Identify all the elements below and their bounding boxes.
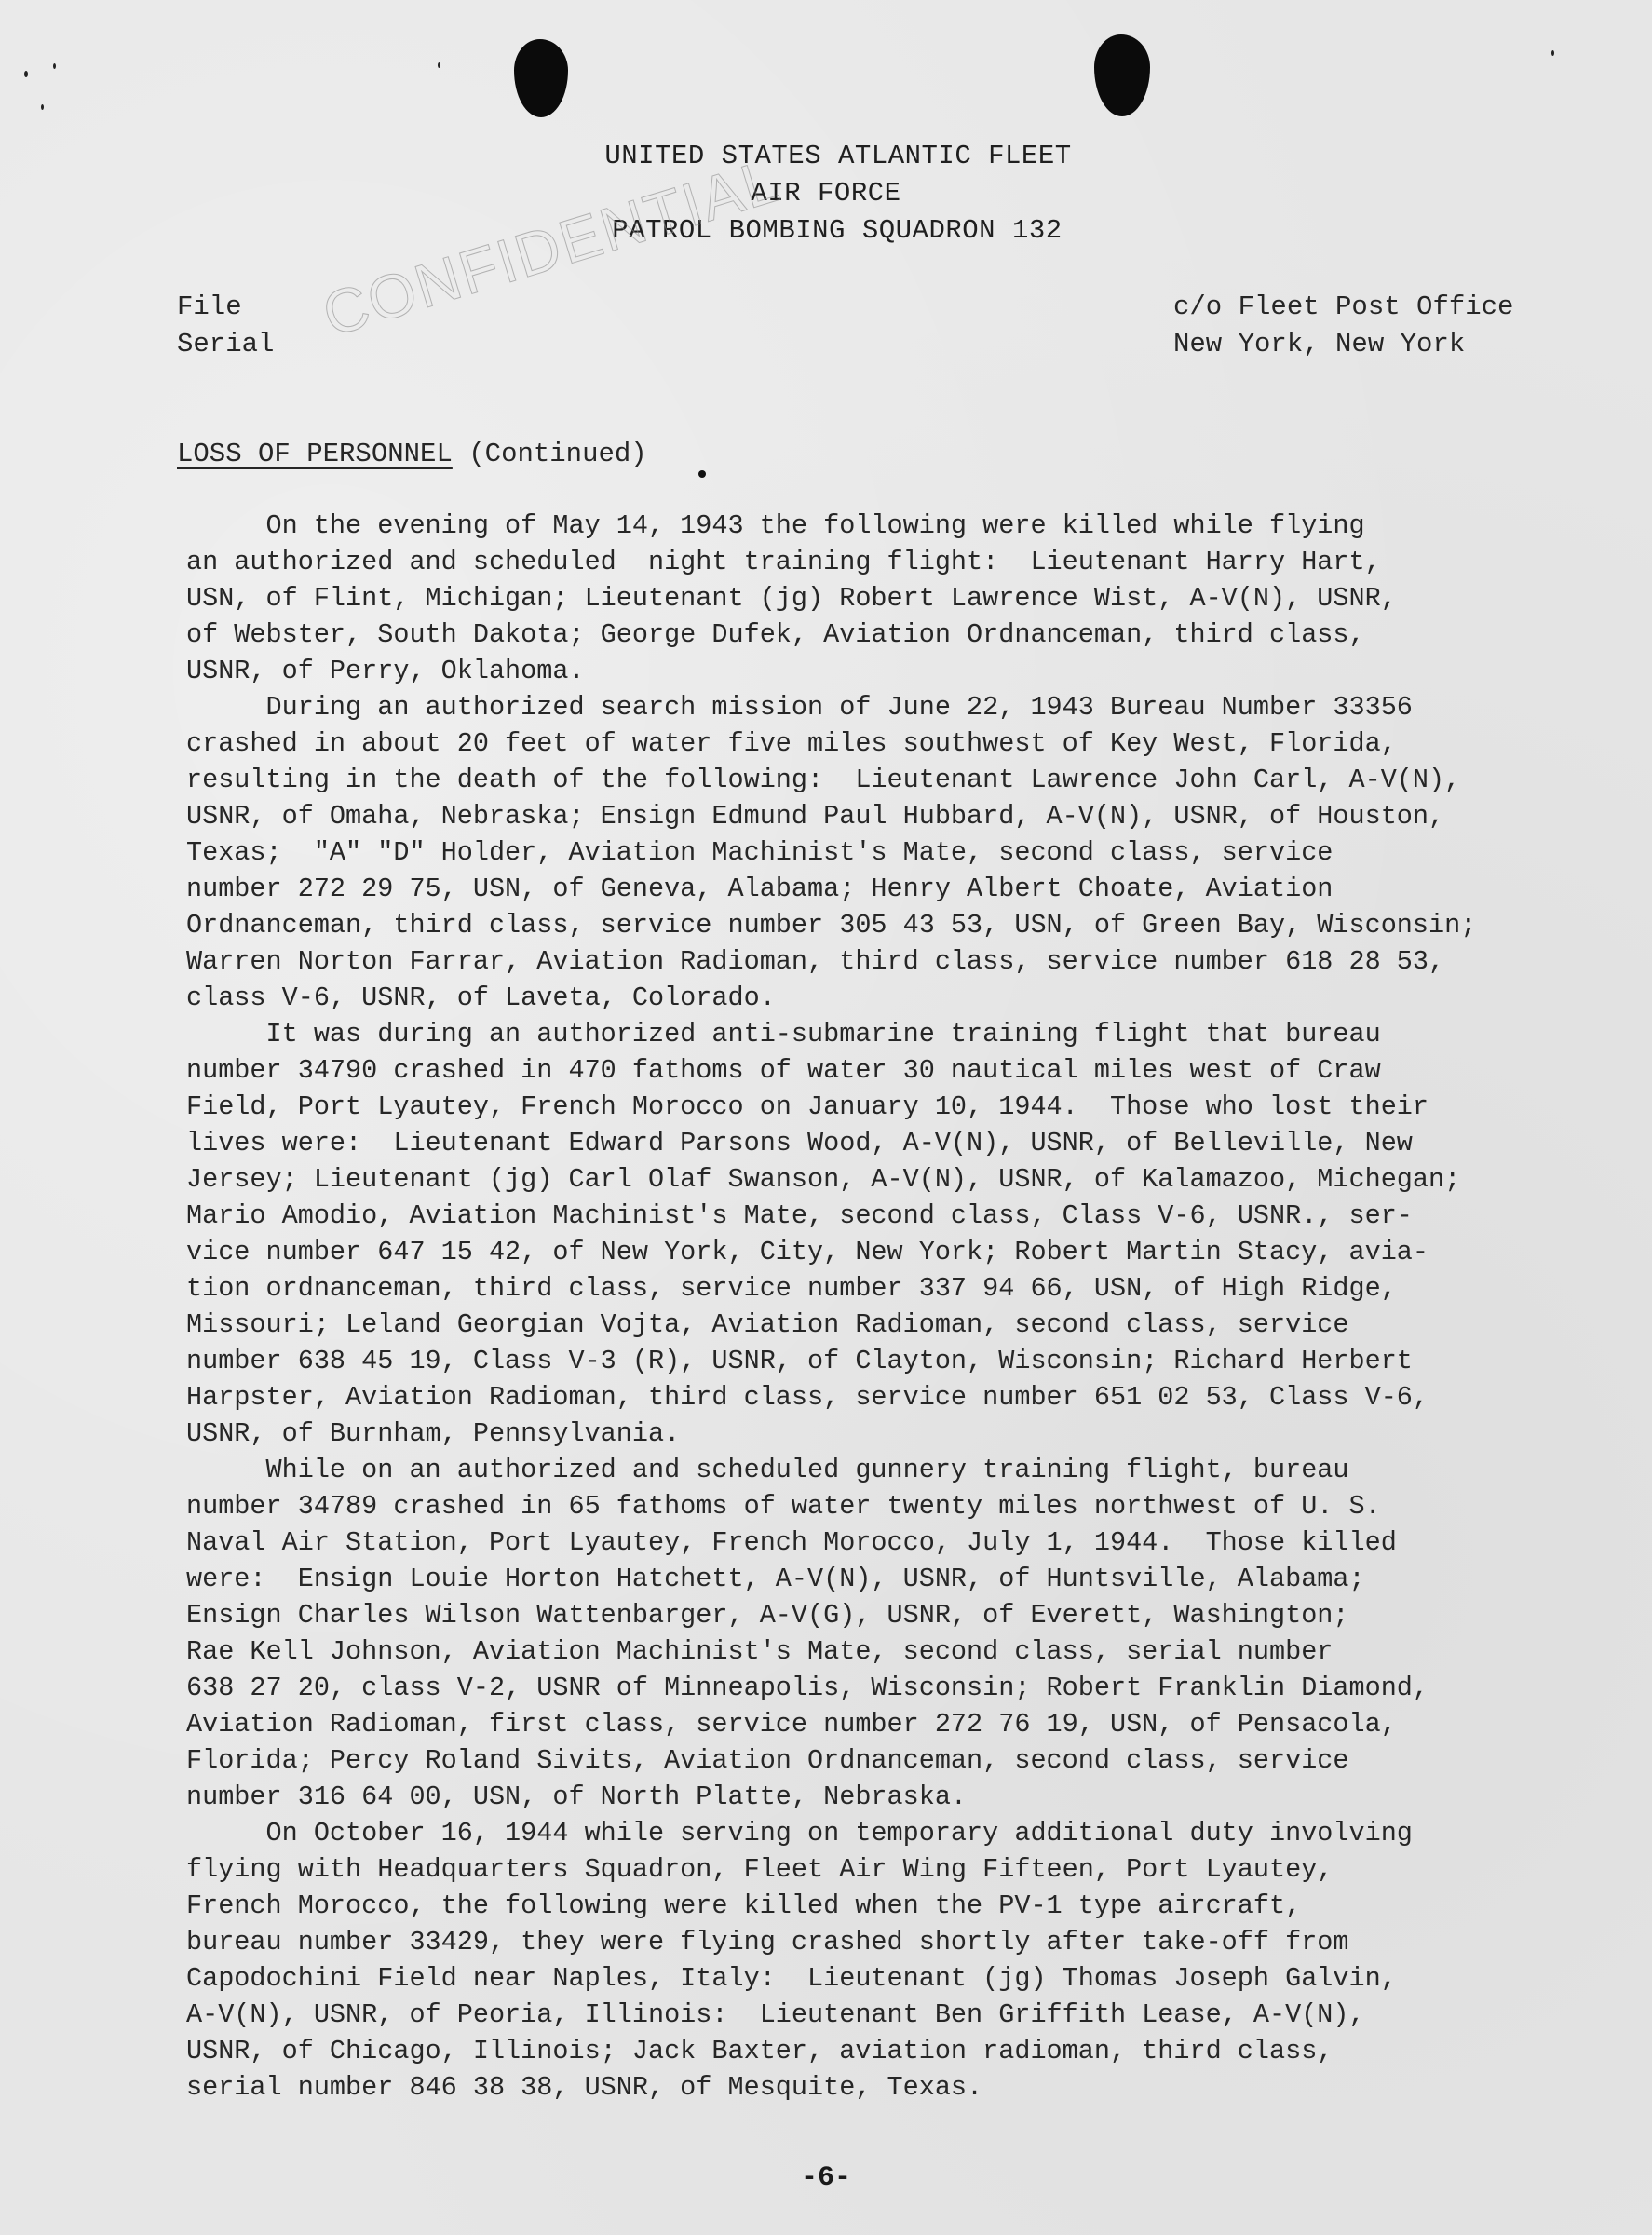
text-line: flying with Headquarters Squadron, Fleet…	[186, 1851, 1620, 1888]
letterhead-air-force: AIR FORCE	[0, 175, 1652, 212]
text-line: On the evening of May 14, 1943 the follo…	[186, 508, 1620, 544]
speck	[1551, 50, 1554, 56]
text-line: Florida; Percy Roland Sivits, Aviation O…	[186, 1742, 1620, 1779]
speck	[438, 62, 440, 68]
serial-label: Serial	[177, 326, 274, 363]
page-number: -6-	[0, 2162, 1652, 2194]
text-line: Naval Air Station, Port Lyautey, French …	[186, 1524, 1620, 1561]
text-line: class V-6, USNR, of Laveta, Colorado.	[186, 980, 1620, 1016]
address-block: c/o Fleet Post Office New York, New York	[1173, 289, 1513, 363]
letterhead-squadron: PATROL BOMBING SQUADRON 132	[22, 212, 1652, 250]
speck	[53, 63, 56, 69]
text-line: On October 16, 1944 while serving on tem…	[186, 1815, 1620, 1851]
ink-dot	[698, 470, 706, 478]
text-line: bureau number 33429, they were flying cr…	[186, 1924, 1620, 1960]
punch-hole-left	[514, 39, 568, 117]
paragraph-october-1944: On October 16, 1944 while serving on tem…	[186, 1815, 1620, 2106]
text-line: Field, Port Lyautey, French Morocco on J…	[186, 1089, 1620, 1125]
speck	[24, 71, 28, 77]
text-line: USN, of Flint, Michigan; Lieutenant (jg)…	[186, 580, 1620, 616]
text-line: crashed in about 20 feet of water five m…	[186, 725, 1620, 762]
text-line: number 638 45 19, Class V-3 (R), USNR, o…	[186, 1343, 1620, 1379]
text-line: USNR, of Chicago, Illinois; Jack Baxter,…	[186, 2033, 1620, 2069]
text-line: While on an authorized and scheduled gun…	[186, 1452, 1620, 1488]
paragraph-july-1944: While on an authorized and scheduled gun…	[186, 1452, 1620, 1815]
paragraph-january-1944: It was during an authorized anti-submari…	[186, 1016, 1620, 1452]
text-line: Capodochini Field near Naples, Italy: Li…	[186, 1960, 1620, 1997]
text-line: USNR, of Omaha, Nebraska; Ensign Edmund …	[186, 798, 1620, 834]
text-line: USNR, of Burnham, Pennsylvania.	[186, 1415, 1620, 1452]
text-line: number 316 64 00, USN, of North Platte, …	[186, 1779, 1620, 1815]
document-page: UNITED STATES ATLANTIC FLEET AIR FORCE P…	[0, 0, 1652, 2235]
punch-hole-right	[1094, 34, 1150, 116]
text-line: number 272 29 75, USN, of Geneva, Alabam…	[186, 871, 1620, 907]
text-line: Jersey; Lieutenant (jg) Carl Olaf Swanso…	[186, 1161, 1620, 1198]
text-line: Texas; "A" "D" Holder, Aviation Machinis…	[186, 834, 1620, 871]
speck	[41, 104, 44, 110]
text-line: were: Ensign Louie Horton Hatchett, A-V(…	[186, 1561, 1620, 1597]
section-title: LOSS OF PERSONNEL	[177, 439, 453, 469]
file-label: File	[177, 289, 274, 326]
section-suffix: (Continued)	[453, 439, 647, 469]
letterhead: UNITED STATES ATLANTIC FLEET AIR FORCE P…	[0, 138, 1652, 250]
text-line: Harpster, Aviation Radioman, third class…	[186, 1379, 1620, 1415]
text-line: tion ordnanceman, third class, service n…	[186, 1270, 1620, 1307]
address-line-1: c/o Fleet Post Office	[1173, 289, 1513, 326]
address-line-2: New York, New York	[1173, 326, 1513, 363]
text-line: USNR, of Perry, Oklahoma.	[186, 653, 1620, 689]
letterhead-fleet: UNITED STATES ATLANTIC FLEET	[24, 138, 1652, 175]
file-serial-block: File Serial	[177, 289, 274, 363]
text-line: It was during an authorized anti-submari…	[186, 1016, 1620, 1052]
text-line: an authorized and scheduled night traini…	[186, 544, 1620, 580]
text-line: Ordnanceman, third class, service number…	[186, 907, 1620, 943]
text-line: resulting in the death of the following:…	[186, 762, 1620, 798]
text-line: A-V(N), USNR, of Peoria, Illinois: Lieut…	[186, 1997, 1620, 2033]
text-line: of Webster, South Dakota; George Dufek, …	[186, 616, 1620, 653]
text-line: serial number 846 38 38, USNR, of Mesqui…	[186, 2069, 1620, 2106]
text-line: Mario Amodio, Aviation Machinist's Mate,…	[186, 1198, 1620, 1234]
text-line: French Morocco, the following were kille…	[186, 1888, 1620, 1924]
text-line: 638 27 20, class V-2, USNR of Minneapoli…	[186, 1670, 1620, 1706]
section-heading: LOSS OF PERSONNEL (Continued)	[177, 436, 647, 473]
text-line: vice number 647 15 42, of New York, City…	[186, 1234, 1620, 1270]
paragraph-june-1943: During an authorized search mission of J…	[186, 689, 1620, 1016]
text-line: Ensign Charles Wilson Wattenbarger, A-V(…	[186, 1597, 1620, 1633]
text-line: Rae Kell Johnson, Aviation Machinist's M…	[186, 1633, 1620, 1670]
text-line: number 34789 crashed in 65 fathoms of wa…	[186, 1488, 1620, 1524]
text-line: Warren Norton Farrar, Aviation Radioman,…	[186, 943, 1620, 980]
text-line: lives were: Lieutenant Edward Parsons Wo…	[186, 1125, 1620, 1161]
paragraph-may-1943: On the evening of May 14, 1943 the follo…	[186, 508, 1620, 689]
body-text: On the evening of May 14, 1943 the follo…	[186, 508, 1620, 2106]
text-line: During an authorized search mission of J…	[186, 689, 1620, 725]
text-line: number 34790 crashed in 470 fathoms of w…	[186, 1052, 1620, 1089]
text-line: Missouri; Leland Georgian Vojta, Aviatio…	[186, 1307, 1620, 1343]
text-line: Aviation Radioman, first class, service …	[186, 1706, 1620, 1742]
